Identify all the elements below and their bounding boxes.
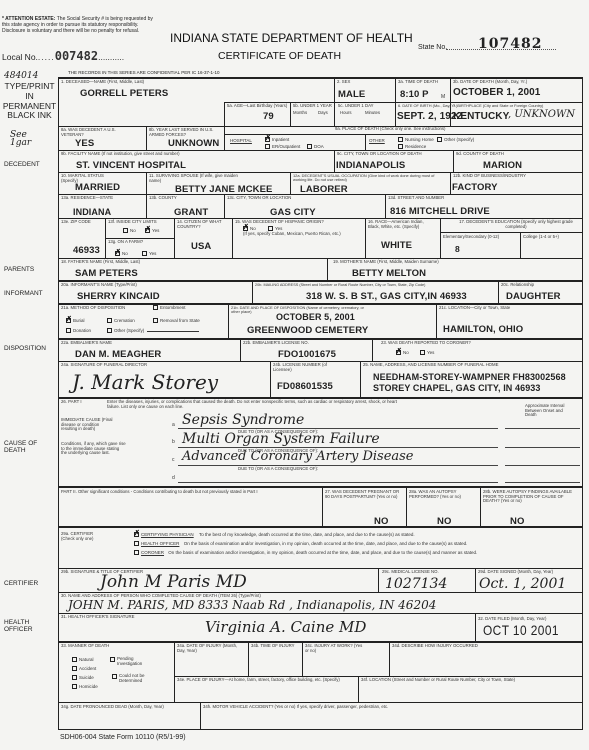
option-label: CERTIFYING PHYSICIAN — [141, 532, 194, 537]
due-to-label: DUE TO (OR AS A CONSEQUENCE OF): — [238, 467, 318, 472]
disposition-place[interactable]: GREENWOOD CEMETERY — [247, 325, 368, 336]
health-officer-signature: Virginia A. Caine MD — [205, 618, 366, 636]
label-inside-city-limits: 13f. INSIDE CITY LIMITS — [108, 220, 157, 225]
option-label: Accident — [79, 666, 96, 671]
checkbox-icon — [398, 137, 403, 142]
checkbox-checked-icon — [396, 350, 401, 355]
checkbox-icon — [72, 657, 77, 662]
manner-pending[interactable]: Pending Investigation — [110, 657, 147, 667]
inside-city-yes[interactable]: Yes — [145, 228, 159, 233]
checkbox-icon — [265, 144, 270, 149]
option-label: Nursing Home — [405, 137, 434, 142]
time-meridiem-mark: M — [441, 95, 445, 101]
time-of-death[interactable]: 8:10 P — [400, 89, 429, 100]
street-and-number[interactable]: 816 MITCHELL DRIVE — [390, 206, 490, 217]
label-other: OTHER — [369, 138, 385, 143]
label-certifier: 29a. CERTIFIER (Check only one) — [61, 532, 101, 541]
label-street-and-number: 13d. STREET AND NUMBER — [388, 196, 444, 201]
label-time-of-death: 3a. TIME OF DEATH — [398, 80, 438, 85]
label-health-officer-signature: 31. HEALTH OFFICER'S SIGNATURE — [61, 615, 134, 620]
option-label: Donation — [73, 328, 91, 333]
disposition-burial[interactable]: Burial — [66, 318, 85, 323]
place-inpatient[interactable]: Inpatient — [265, 137, 289, 142]
option-label: Homicide — [79, 684, 98, 689]
embalmer-name[interactable]: DAN M. MEAGHER — [75, 349, 161, 360]
date-signed[interactable]: Oct. 1, 2001 — [479, 576, 566, 592]
label-motor-vehicle: 34h. MOTOR VEHICLE ACCIDENT? (Yes or no)… — [203, 705, 388, 710]
checkbox-icon — [153, 318, 158, 323]
label-embalmer-name: 22a. EMBALMER'S NAME — [61, 341, 112, 346]
hispanic-hint: (If yes, specify Cuban, Mexican, Puerto … — [243, 232, 361, 237]
certificate-title: CERTIFICATE OF DEATH — [218, 50, 341, 62]
label-date-of-death: 3b. DATE OF DEATH (Month, Day, Yr.) — [453, 80, 527, 85]
checkbox-icon — [398, 144, 403, 149]
label-mother-name: 19. MOTHER'S NAME (First, Middle, Maiden… — [333, 260, 439, 265]
label-county-of-death: 9d. COUNTY OF DEATH — [456, 152, 504, 157]
checkbox-icon — [123, 228, 128, 233]
checkbox-icon — [134, 550, 139, 555]
disposition-location[interactable]: HAMILTON, OHIO — [443, 324, 523, 335]
mailing-address[interactable]: 318 W. S. B ST., GAS CITY,IN 46933 — [306, 291, 467, 302]
veteran[interactable]: YES — [75, 138, 94, 149]
option-label: Other (Specify) — [114, 328, 144, 333]
label-method-of-disposition: 21a. METHOD OF DISPOSITION — [61, 306, 125, 311]
section-health-officer: HEALTH OFFICER — [4, 619, 39, 633]
option-label: Residence — [405, 144, 426, 149]
option-label: CORONER — [141, 550, 164, 555]
label-manner-of-death: 33. MANNER OF DEATH — [61, 644, 109, 649]
funeral-license[interactable]: FD08601535 — [277, 381, 333, 392]
place-residence[interactable]: Residence — [398, 144, 426, 149]
checkbox-icon — [307, 144, 312, 149]
kind-of-business[interactable]: FACTORY — [452, 182, 498, 193]
education-elementary[interactable]: 8 — [455, 244, 460, 254]
certifier-text: To the best of my knowledge, death occur… — [199, 532, 415, 537]
place-er-outpatient[interactable]: ER/Outpatient — [265, 144, 300, 149]
deceased-name[interactable]: GORRELL PETERS — [80, 88, 168, 99]
checkbox-icon — [66, 328, 71, 333]
checkbox-checked-icon — [134, 532, 139, 537]
section-cause-of-death: CAUSE OF DEATH — [4, 440, 39, 454]
label-birthplace: 7. BIRTHPLACE (City and State or Foreign… — [453, 104, 543, 108]
option-label: Yes — [427, 350, 434, 355]
label-hours: Hours — [340, 111, 351, 116]
medical-license[interactable]: 1027134 — [385, 576, 447, 592]
manner-homicide[interactable]: Homicide — [72, 684, 98, 689]
label-injury-location: 34f. LOCATION (Street and Number or Rura… — [361, 678, 515, 683]
label-injury-at-work: 34c. INJURY AT WORK? (Yes or no) — [305, 644, 365, 653]
checkbox-icon — [112, 674, 117, 679]
label-funeral-director-signature: 24a. SIGNATURE OF FUNERAL DIRECTOR — [61, 363, 147, 368]
embalmer-license[interactable]: FDO1001675 — [278, 349, 336, 360]
disposition-cremation[interactable]: Cremation — [107, 318, 135, 323]
option-label: Yes — [149, 251, 156, 256]
label-months: Months — [293, 111, 307, 116]
label-year-last-served: 8b. YEAR LAST SERVED IN U.S. ARMED FORCE… — [149, 128, 219, 137]
on-farm-yes[interactable]: Yes — [142, 251, 156, 256]
local-no: Local No......007482........... — [2, 49, 124, 63]
person-completed[interactable]: JOHN M. PARIS, MD 8333 Naab Rd , Indiana… — [68, 598, 436, 612]
agency-name: INDIANA STATE DEPARTMENT OF HEALTH — [170, 31, 413, 45]
date-filed[interactable]: OCT 10 2001 — [483, 622, 559, 638]
label-describe-injury: 34d. DESCRIBE HOW INJURY OCCURRED — [392, 644, 478, 649]
label-autopsy-performed: 28a. WAS AN AUTOPSY PERFORMED? (Yes or n… — [409, 490, 477, 499]
label-surviving-spouse: 11. SURVIVING SPOUSE (If wife, give maid… — [149, 174, 239, 183]
option-label: Could not be Determined — [119, 674, 151, 684]
label-part-2: PART II. Other significant conditions - … — [61, 490, 258, 495]
checkbox-icon — [142, 251, 147, 256]
option-label: HEALTH OFFICER — [141, 541, 179, 546]
label-underlying-conditions: Conditions, if any, which gave rise to t… — [61, 442, 126, 456]
label-deceased-name: 1. DECEASED—NAME (First, Middle, Last) — [61, 80, 144, 85]
race[interactable]: WHITE — [381, 240, 412, 251]
label-citizenship: 14. CITIZEN OF WHAT COUNTRY? — [177, 220, 227, 229]
label-reported-to-coroner: 23. WAS DEATH REPORTED TO CORONER? — [381, 341, 471, 346]
section-disposition: DISPOSITION — [4, 345, 46, 352]
label-informant-name: 20a. INFORMANT'S NAME (Type/Print) — [61, 283, 137, 288]
age[interactable]: 79 — [263, 111, 274, 122]
checkbox-checked-icon — [115, 251, 120, 256]
section-parents: PARENTS — [4, 266, 34, 273]
residence-county[interactable]: GRANT — [174, 207, 208, 218]
label-embalmer-license: 22b. EMBALMER'S LICENSE NO. — [243, 341, 309, 346]
option-label: Other (Specify) — [444, 137, 474, 142]
manner-undetermined[interactable]: Could not be Determined — [112, 674, 151, 684]
label-hospital: HOSPITAL — [230, 138, 252, 143]
checkbox-icon — [72, 666, 77, 671]
checkbox-checked-icon — [265, 137, 270, 142]
option-label: Suicide — [79, 675, 94, 680]
label-disposition-location: 21c. LOCATION—City or Town, State — [439, 306, 510, 311]
label-usual-occupation: 12a. DECEDENT'S USUAL OCCUPATION (Give k… — [293, 174, 443, 183]
option-label: Pending Investigation — [117, 657, 147, 667]
label-immediate-cause: IMMEDIATE CAUSE (Final disease or condit… — [61, 418, 116, 432]
facility-name[interactable]: ST. VINCENT HOSPITAL — [76, 160, 186, 171]
label-part-1: 26. PART I — [61, 400, 82, 405]
funeral-home-line2[interactable]: STOREY CHAPEL, GAS CITY, IN 46933 — [373, 383, 541, 393]
label-funeral-license: 24b. LICENSE NUMBER (of Licensee) — [273, 363, 333, 372]
option-label: Burial — [73, 318, 85, 323]
checkbox-icon — [153, 305, 158, 310]
ink-instruction: TYPE/PRINT IN PERMANENT BLACK INK — [2, 82, 57, 121]
certifier-health-officer[interactable]: HEALTH OFFICER On the basis of examinati… — [134, 541, 467, 546]
label-age: 5a. AGE—Last Birthday (Years) — [227, 104, 287, 109]
option-label: No — [130, 228, 136, 233]
informant-name[interactable]: SHERRY KINCAID — [77, 291, 160, 302]
label-facility-name: 9b. FACILITY NAME (If not institution, g… — [61, 152, 180, 157]
option-label: Removal from State — [160, 318, 200, 323]
label-city-of-death: 9c. CITY, TOWN OR LOCATION OF DEATH — [337, 152, 422, 157]
label-veteran: 8a. WAS DECEDENT A U.S. VETERAN? — [61, 128, 131, 137]
label-on-a-farm: 13g. ON A FARM? — [108, 240, 143, 245]
birthplace-handwritten: , UNKNOWN — [508, 109, 575, 120]
label-dob: 6. DATE OF BIRTH (Mo., Day, Yr.) — [398, 104, 457, 108]
place-other[interactable]: Other (Specify) — [437, 137, 474, 142]
checkbox-checked-icon — [66, 318, 71, 323]
section-certifier: CERTIFIER — [4, 580, 38, 587]
manner-natural[interactable]: Natural — [72, 657, 94, 662]
manner-suicide[interactable]: Suicide — [72, 675, 94, 680]
label-father-name: 18. FATHER'S NAME (First, Middle, Last) — [61, 260, 140, 265]
local-no-label: Local No. — [2, 52, 38, 62]
coroner-yes[interactable]: Yes — [420, 350, 434, 355]
cause-line-a[interactable]: Sepsis Syndrome — [182, 412, 304, 428]
checkbox-icon — [72, 684, 77, 689]
label-place-of-injury: 34e. PLACE OF INJURY—At home, farm, stre… — [177, 678, 347, 683]
disposition-donation[interactable]: Donation — [66, 328, 91, 333]
disposition-removal[interactable]: Removal from State — [153, 318, 200, 323]
label-mailing-address: 20b. MAILING ADDRESS (Street and Number … — [255, 283, 425, 287]
certifier-physician[interactable]: CERTIFYING PHYSICIAN To the best of my k… — [134, 532, 415, 537]
form-id: SDH06-004 State Form 10110 (R5/1-99) — [60, 734, 186, 741]
mother-name[interactable]: BETTY MELTON — [352, 268, 426, 279]
confidential-note: THE RECORDS IN THIS SERIES ARE CONFIDENT… — [68, 70, 220, 75]
label-place-of-death: 9a. PLACE OF DEATH (Check only one. See … — [335, 127, 446, 132]
date-of-death[interactable]: OCTOBER 1, 2001 — [453, 87, 540, 98]
disposition-other[interactable]: Other (Specify) — [107, 328, 199, 333]
checkbox-checked-icon — [145, 228, 150, 233]
label-date-signed: 29d. DATE SIGNED (Month, Day, Year) — [478, 570, 553, 575]
certifier-coroner[interactable]: CORONER On the basis of examination and/… — [134, 550, 477, 555]
attention-notice: * ATTENTION ESTATE: The Social Security … — [2, 17, 160, 34]
label-funeral-home: 25. NAME, ADDRESS, AND LICENSE NUMBER OF… — [363, 363, 498, 368]
label-under-1-day: 5c. UNDER 1 DAY — [338, 104, 374, 109]
option-label: DOA — [314, 144, 324, 149]
disposition-date[interactable]: OCTOBER 5, 2001 — [276, 312, 355, 322]
label-date-pronounced: 34g. DATE PRONOUNCED DEAD (Month, Day, Y… — [61, 705, 164, 710]
city-of-death[interactable]: INDIANAPOLIS — [336, 160, 405, 171]
label-residence-city: 13c. CITY, TOWN OR LOCATION — [227, 196, 291, 201]
option-label: Natural — [79, 657, 94, 662]
label-interval: Approximate Interval Between Onset and D… — [525, 404, 575, 418]
checkbox-icon — [110, 657, 115, 662]
relationship[interactable]: DAUGHTER — [506, 291, 561, 302]
option-label: ER/Outpatient — [272, 144, 300, 149]
place-nursing-home[interactable]: Nursing Home — [398, 137, 434, 142]
marital-status[interactable]: MARRIED — [75, 182, 120, 193]
state-no: State No. 107482 — [418, 44, 447, 51]
label-race: 16. RACE—American Indian, Black, White, … — [368, 220, 436, 229]
local-no-value: 007482 — [55, 49, 98, 63]
label-days: Days — [318, 111, 328, 116]
certifier-text: On the basis of examination and/or inves… — [184, 541, 468, 546]
cause-line-letter: d — [172, 476, 175, 482]
handwritten-see-note: See 1gar — [10, 131, 40, 147]
cause-line-c[interactable]: Advanced Coronary Artery Disease — [182, 449, 414, 464]
label-relationship: 20c. Relationship — [501, 283, 534, 288]
label-date-of-injury: 34a. DATE OF INJURY (Month, Day, Year) — [177, 644, 242, 653]
label-zip-code: 13e. ZIP CODE — [61, 220, 91, 225]
county-of-death[interactable]: MARION — [483, 160, 522, 171]
label-date-filed: 32. DATE FILED (Month, Day, Year) — [478, 617, 546, 622]
section-informant: INFORMANT — [4, 290, 43, 297]
birthplace[interactable]: KENTUCKY — [453, 111, 509, 122]
label-sex: 2. SEX — [337, 80, 350, 85]
cause-line-b[interactable]: Multi Organ System Failure — [182, 431, 380, 447]
residence-state[interactable]: INDIANA — [73, 207, 111, 217]
label-education: 17. DECEDENT'S EDUCATION (Specify only h… — [452, 220, 580, 229]
label-time-of-injury: 34b. TIME OF INJURY — [251, 644, 296, 649]
checkbox-icon — [437, 137, 442, 142]
part-1-instructions: Enter the diseases, injuries, or complic… — [107, 400, 407, 409]
cause-line-letter: a — [172, 423, 175, 429]
checkbox-icon — [107, 328, 112, 333]
state-no-value: 107482 — [478, 36, 542, 52]
checkbox-icon — [420, 350, 425, 355]
label-under-1-year: 5b. UNDER 1 YEAR — [293, 104, 332, 109]
label-minutes: Minutes — [365, 111, 380, 116]
label-residence-state: 13a. RESIDENCE—STATE — [61, 196, 113, 201]
option-label: Yes — [152, 228, 159, 233]
section-decedent: DECEDENT — [4, 161, 40, 168]
label-education-college: College (1-4 or 5+) — [523, 235, 559, 240]
place-doa[interactable]: DOA — [307, 144, 324, 149]
label-medical-license: 29c. MEDICAL LICENSE NO. — [382, 570, 439, 575]
option-label: Entombment — [160, 305, 186, 310]
cause-line-letter: c — [172, 458, 175, 464]
certifier-text: On the basis of examination and/or inves… — [168, 550, 477, 555]
citizenship[interactable]: USA — [191, 241, 211, 252]
option-label: No — [403, 350, 409, 355]
label-autopsy-findings: 28b. WERE AUTOPSY FINDINGS AVAILABLE PRI… — [483, 490, 578, 504]
checkbox-icon — [134, 541, 139, 546]
handwritten-note: 484014 — [4, 71, 38, 81]
year-last-served[interactable]: UNKNOWN — [168, 138, 219, 149]
label-education-elementary: Elementary/Secondary (0-12) — [443, 235, 499, 240]
certifier-signature: John M Paris MD — [100, 572, 247, 592]
option-label: Inpatient — [272, 137, 289, 142]
checkbox-icon — [72, 675, 77, 680]
state-no-label: State No. — [418, 44, 447, 51]
label-kind-of-business: 12b. KIND OF BUSINESS/INDUSTRY — [453, 174, 526, 179]
coroner-no[interactable]: No — [396, 350, 409, 355]
sex[interactable]: MALE — [338, 89, 365, 100]
label-residence-county: 13b. COUNTY — [149, 196, 177, 201]
checkbox-icon — [107, 318, 112, 323]
disposition-entombment[interactable]: Entombment — [153, 305, 186, 310]
option-label: Cremation — [114, 318, 135, 323]
funeral-director-signature: J. Mark Storey — [72, 370, 218, 394]
funeral-home-line1[interactable]: NEEDHAM-STOREY-WAMPNER FH83002568 — [373, 372, 566, 382]
zip-code[interactable]: 46933 — [73, 245, 100, 256]
option-label: No — [122, 251, 128, 256]
father-name[interactable]: SAM PETERS — [75, 268, 138, 279]
residence-city[interactable]: GAS CITY — [270, 207, 316, 218]
cause-line-letter: b — [172, 440, 175, 446]
manner-accident[interactable]: Accident — [72, 666, 96, 671]
on-farm-no[interactable]: No — [115, 251, 128, 256]
inside-city-no[interactable]: No — [123, 228, 136, 233]
label-pregnant: 27. WAS DECEDENT PREGNANT OR 90 DAYS POS… — [325, 490, 403, 499]
